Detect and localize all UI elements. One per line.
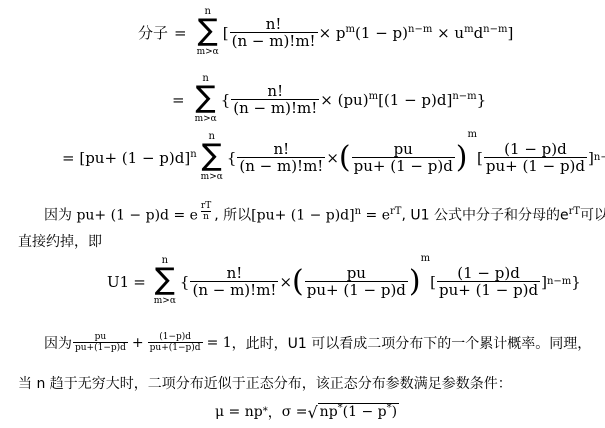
equation-numerator: 分子 = n ∑ m>α [ n! (n − m)!m! × pm(1 − p)… [138,6,513,59]
summation: n ∑ m>α [201,131,223,184]
radical-icon: √ [307,403,317,422]
qd-fraction: (1 − p)d pu+ (1 − p)d [437,265,540,298]
paragraph-2-line-2: 当 n 趋于无穷大时，二项分布近似于正态分布，该正态分布参数满足参数条件： [18,373,512,393]
qd-fraction: (1 − p)d pu+ (1 − p)d [484,141,587,174]
sigma-icon: ∑ [196,84,216,112]
exponent-fraction: rTn [199,201,213,222]
equals-sign: = [174,24,187,42]
paragraph-1-line-1: 因为 pu+ (1 − p)d = erTn, 所以[pu+ (1 − p)d]… [44,201,605,225]
square-root: √ np*(1 − p*) [307,403,399,422]
summation: n ∑ m>α [195,73,217,126]
prob-up-fraction: pu pu+(1−p)d [73,332,128,353]
factorial-fraction: n! (n − m)!m! [231,83,319,116]
sigma-icon: ∑ [202,142,222,170]
sigma-icon: ∑ [198,17,218,45]
prefix-factor: = [pu+ (1 − p)d]n [62,149,197,167]
prob-down-fraction: (1−p)d pu+(1−p)d [148,332,203,353]
pu-fraction: pu pu+ (1 − p)d [305,265,408,298]
sigma-icon: ∑ [155,266,175,294]
lhs-label: U1 [107,273,129,291]
normal-params-formula: μ = np* ， σ = √ np*(1 − p*) [215,402,399,422]
summation: n ∑ m>α [154,255,176,308]
term-tail: × pm(1 − p)n−m × umdn−m [319,24,508,42]
lhs-label: 分子 [138,22,168,43]
paragraph-1-line-2: 直接约掉，即 [18,231,102,251]
factorial-fraction: n! (n − m)!m! [237,141,325,174]
factorial-fraction: n! (n − m)!m! [190,265,278,298]
equation-step2: = n ∑ m>α { n! (n − m)!m! × (pu)m[(1 − p… [166,73,486,126]
equals-sign: = [172,91,185,109]
paragraph-2-line-1: 因为 pu pu+(1−p)d + (1−p)d pu+(1−p)d = 1 ，… [44,332,591,353]
factorial-fraction: n! (n − m)!m! [230,16,318,49]
pu-fraction: pu pu+ (1 − p)d [352,141,455,174]
summation: n ∑ m>α [197,6,219,59]
equation-U1: U1 = n ∑ m>α { n! (n − m)!m! × ( pu pu+ … [107,255,581,308]
equation-step3: = [pu+ (1 − p)d]n n ∑ m>α { n! (n − m)!m… [62,131,605,184]
term-tail: × (pu)m[(1 − p)d]n−m [320,91,476,109]
